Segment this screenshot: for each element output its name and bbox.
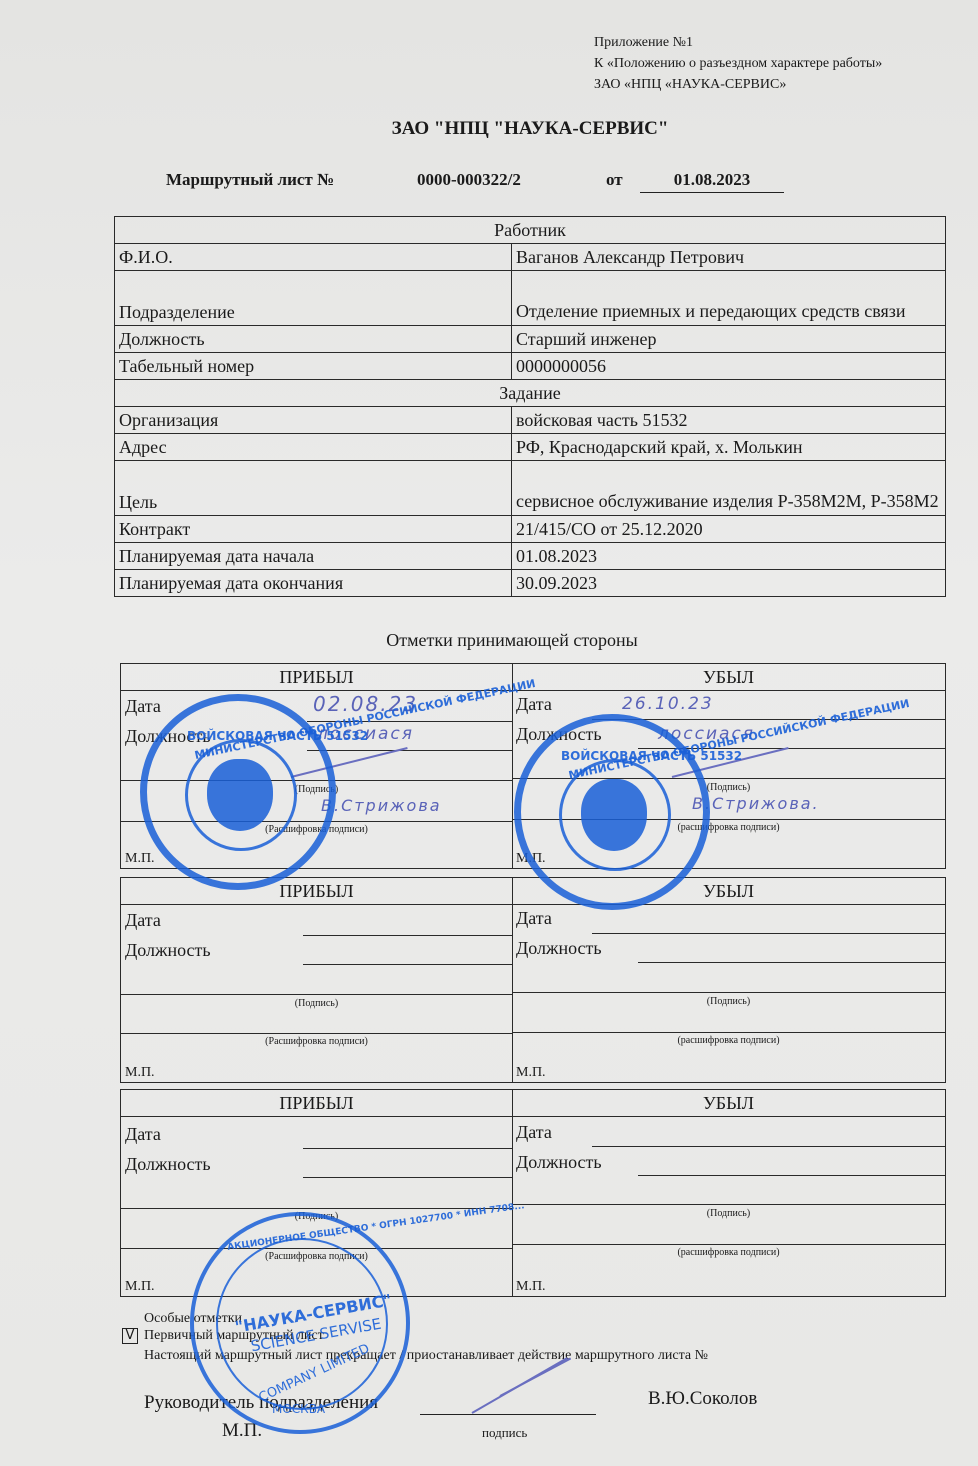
signature-caption: (Подпись) <box>512 1208 945 1219</box>
row-value: РФ, Краснодарский край, х. Молькин <box>512 434 946 461</box>
primary-sheet-checkbox[interactable]: V <box>122 1328 138 1344</box>
row-label: Должность <box>115 326 512 353</box>
task-section-header: Задание <box>115 380 946 407</box>
table-row: Табельный номер 0000000056 <box>115 353 946 380</box>
appendix-header: Приложение №1 К «Положению о разъездном … <box>594 32 882 95</box>
position-label: Должность <box>125 940 211 961</box>
position-label: Должность <box>516 1152 602 1173</box>
row-label: Планируемая дата окончания <box>115 570 512 597</box>
date-label: Дата <box>516 1122 552 1143</box>
row-value: сервисное обслуживание изделия Р-358М2М,… <box>512 461 946 516</box>
departed-header: УБЫЛ <box>512 1090 945 1117</box>
date-label: Дата <box>516 908 552 929</box>
table-row: Организация войсковая часть 51532 <box>115 407 946 434</box>
head-signature-line <box>420 1414 596 1415</box>
seal-label: М.П. <box>125 851 155 867</box>
table-row: Контракт 21/415/СО от 25.12.2020 <box>115 516 946 543</box>
row-label: Табельный номер <box>115 353 512 380</box>
date-line[interactable] <box>592 1146 945 1147</box>
route-sheet-label: Маршрутный лист № <box>166 170 334 190</box>
seal-label: М.П. <box>125 1065 155 1081</box>
appendix-line-2: К «Положению о разъездном характере рабо… <box>594 53 882 74</box>
table-row: Планируемая дата окончания 30.09.2023 <box>115 570 946 597</box>
arrived-header: ПРИБЫЛ <box>121 878 512 905</box>
position-line <box>307 750 512 751</box>
receiving-party-marks-title: Отметки принимающей стороны <box>0 630 978 651</box>
departed-column: УБЫЛ Дата Должность (Подпись) (расшифров… <box>512 878 945 1082</box>
row-label: Ф.И.О. <box>115 244 512 271</box>
position-line[interactable] <box>638 1175 945 1176</box>
seal-label: М.П. <box>516 1279 546 1295</box>
route-sheet-date: 01.08.2023 <box>640 170 784 193</box>
row-label: Подразделение <box>115 271 512 326</box>
company-stamp: АКЦИОНЕРНОЕ ОБЩЕСТВО * ОГРН 1027700 * ИН… <box>190 1212 410 1434</box>
organization-title: ЗАО "НПЦ "НАУКА-СЕРВИС" <box>0 118 978 140</box>
table-row: Адрес РФ, Краснодарский край, х. Молькин <box>115 434 946 461</box>
date-label: Дата <box>125 696 161 717</box>
row-value: 30.09.2023 <box>512 570 946 597</box>
row-label: Контракт <box>115 516 512 543</box>
position-label: Должность <box>516 938 602 959</box>
signature-caption: (Подпись) <box>512 996 945 1007</box>
departed-column: УБЫЛ Дата Должность (Подпись) (расшифров… <box>512 1090 945 1296</box>
military-unit-stamp: МИНИСТЕРСТВО ОБОРОНЫ РОССИЙСКОЙ ФЕДЕРАЦИ… <box>140 694 336 890</box>
decode-caption: (расшифровка подписи) <box>512 1035 945 1046</box>
date-label: Дата <box>125 910 161 931</box>
table-row: Должность Старший инженер <box>115 326 946 353</box>
signature-caption: (Подпись) <box>121 998 512 1009</box>
row-label: Адрес <box>115 434 512 461</box>
handwritten-date: 26.10.23 <box>622 694 714 714</box>
info-table: Работник Ф.И.О. Ваганов Александр Петров… <box>114 216 946 597</box>
row-value: Отделение приемных и передающих средств … <box>512 271 946 326</box>
arrived-header: ПРИБЫЛ <box>121 1090 512 1117</box>
date-line[interactable] <box>303 935 512 936</box>
route-sheet-number: 0000-000322/2 <box>417 170 521 190</box>
date-label: Дата <box>516 694 552 715</box>
eagle-emblem-icon <box>207 759 273 831</box>
eagle-emblem-icon <box>581 779 647 851</box>
table-row: Ф.И.О. Ваганов Александр Петрович <box>115 244 946 271</box>
row-label: Организация <box>115 407 512 434</box>
employee-section-header: Работник <box>115 217 946 244</box>
row-label: Цель <box>115 461 512 516</box>
head-name: В.Ю.Соколов <box>648 1388 757 1410</box>
signature-block-2: ПРИБЫЛ Дата Должность (Подпись) (Расшифр… <box>120 877 946 1083</box>
route-sheet-date-prefix: от <box>606 170 623 190</box>
handwritten-decode: В.Стрижова. <box>692 794 820 813</box>
position-line[interactable] <box>638 962 945 963</box>
table-row: Планируемая дата начала 01.08.2023 <box>115 543 946 570</box>
arrived-column: ПРИБЫЛ Дата Должность (Подпись) (Расшифр… <box>121 878 513 1082</box>
military-unit-stamp: МИНИСТЕРСТВО ОБОРОНЫ РОССИЙСКОЙ ФЕДЕРАЦИ… <box>514 714 710 910</box>
seal-label: М.П. <box>516 1065 546 1081</box>
row-value: 21/415/СО от 25.12.2020 <box>512 516 946 543</box>
departed-header: УБЫЛ <box>512 664 945 691</box>
position-label: Должность <box>125 1154 211 1175</box>
table-row: Цель сервисное обслуживание изделия Р-35… <box>115 461 946 516</box>
row-label: Планируемая дата начала <box>115 543 512 570</box>
seal-label: М.П. <box>125 1279 155 1295</box>
row-value: Ваганов Александр Петрович <box>512 244 946 271</box>
appendix-line-3: ЗАО «НПЦ «НАУКА-СЕРВИС» <box>594 74 882 95</box>
table-row: Подразделение Отделение приемных и перед… <box>115 271 946 326</box>
date-line[interactable] <box>303 1148 512 1149</box>
arrived-header: ПРИБЫЛ <box>121 664 512 691</box>
date-line[interactable] <box>592 933 945 934</box>
position-line[interactable] <box>303 1177 512 1178</box>
row-value: Старший инженер <box>512 326 946 353</box>
handwritten-decode: В.Стрижова <box>321 796 442 815</box>
row-value: войсковая часть 51532 <box>512 407 946 434</box>
decode-caption: (Расшифровка подписи) <box>121 1036 512 1047</box>
row-value: 0000000056 <box>512 353 946 380</box>
date-label: Дата <box>125 1124 161 1145</box>
decode-caption: (расшифровка подписи) <box>512 1247 945 1258</box>
head-signature-caption: подпись <box>482 1425 527 1441</box>
appendix-line-1: Приложение №1 <box>594 32 882 53</box>
row-value: 01.08.2023 <box>512 543 946 570</box>
position-line[interactable] <box>303 964 512 965</box>
